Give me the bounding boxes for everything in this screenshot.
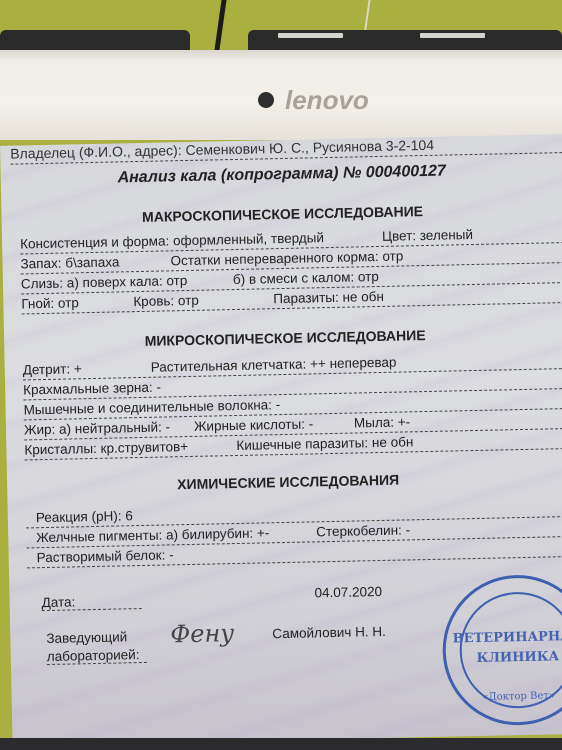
field-intestinal-parasites: Кишечные паразиты: не обн (236, 434, 413, 453)
field-soluble-protein: Растворимый белок: - (37, 547, 174, 565)
field-mucus-surface: Слизь: а) поверх кала: отр (21, 273, 188, 291)
field-starch: Крахмальные зерна: - (23, 380, 161, 398)
field-smell: Запах: б\запаха (20, 254, 119, 271)
field-parasites: Паразиты: не обн (273, 289, 384, 306)
camera-icon (258, 92, 274, 108)
device-top-case-left (0, 30, 190, 52)
head-label-line2: лабораторией: (47, 647, 147, 665)
field-soaps: Мыла: +- (354, 414, 411, 430)
field-color: Цвет: зеленый (382, 227, 473, 244)
chem-heading: ХИМИЧЕСКИЕ ИССЛЕДОВАНИЯ (7, 468, 562, 496)
signature: Фену (170, 619, 234, 648)
stamp-text-line1: ВЕТЕРИНАРНАЯ (445, 629, 562, 647)
tablet-screen: Владелец (Ф.И.О., адрес): Семенкович Ю. … (0, 134, 562, 746)
device-top-case-right (248, 30, 562, 52)
head-label: Заведующий лабораторией: (46, 629, 147, 665)
field-stercobilin: Стеркобелин: - (316, 522, 410, 539)
field-ph: Реакция (pH): 6 (36, 508, 133, 525)
tablet-bezel: lenovo (0, 50, 562, 140)
field-fatty-acids: Жирные кислоты: - (194, 416, 314, 433)
date-value: 04.07.2020 (314, 584, 382, 600)
head-name: Самойлович Н. Н. (272, 624, 386, 641)
field-crystals: Кристаллы: кр.струвитов+ (24, 439, 188, 457)
field-detritus: Детрит: + (23, 361, 82, 377)
device-bottom-edge (0, 738, 562, 750)
stamp-text-line2: КЛИНИКА (446, 649, 562, 667)
clinic-stamp: ВЕТЕРИНАРНАЯ КЛИНИКА «Доктор Вет» (441, 574, 562, 727)
document-title: Анализ кала (копрограмма) № 000400127 (1, 160, 562, 190)
background-cable (214, 0, 226, 50)
field-neutral-fat: Жир: а) нейтральный: - (24, 419, 170, 437)
field-mucus-mixed: б) в смеси с калом: отр (233, 269, 379, 287)
device-button (420, 33, 485, 38)
stamp-ring-text: «Доктор Вет» (447, 690, 562, 704)
device-button (278, 33, 343, 38)
micro-heading: МИКРОСКОПИЧЕСКОЕ ИССЛЕДОВАНИЕ (4, 324, 562, 352)
head-label-line1: Заведующий (46, 629, 146, 646)
brand-logo: lenovo (285, 85, 369, 116)
field-pus: Гной: отр (21, 295, 79, 311)
field-blood: Кровь: отр (133, 293, 199, 309)
date-label: Дата: (41, 593, 141, 611)
